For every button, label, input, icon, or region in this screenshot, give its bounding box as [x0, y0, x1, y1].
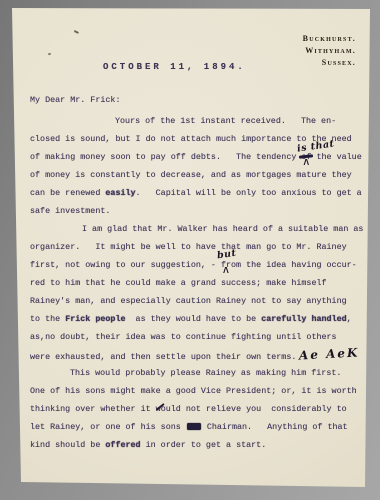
- handwritten-scribble: Ae AeK: [299, 347, 360, 361]
- letter-paper: Buckhurst. Withyham. Sussex. OCTOBER 11,…: [0, 0, 380, 500]
- overtyped-text: Frick people: [65, 314, 125, 324]
- typed-text: kind should be: [30, 440, 105, 450]
- typed-text: from the idea having occur-: [221, 260, 357, 270]
- letter-line-5: of money is constantly to decrease, and …: [30, 170, 352, 181]
- typed-text: Yours of the 1st instant received. The e…: [115, 116, 336, 126]
- overtyped-text: offered: [105, 440, 140, 450]
- letter-line-7: safe investment.: [30, 206, 110, 217]
- blacked-out-word: [187, 423, 201, 430]
- typed-text: thinking over whether it: [30, 404, 156, 414]
- typed-text: let Rainey, or one of his sons: [30, 422, 186, 432]
- typed-text: were exhausted, and then settle upon the…: [30, 352, 296, 362]
- typed-text: can be renewed: [30, 188, 105, 198]
- overtyped-text: carefully handled: [261, 314, 346, 324]
- letter-line-11: red to him that he could make a grand su…: [30, 278, 327, 289]
- typed-text: organizer. It might be well to have that…: [30, 242, 347, 252]
- handwritten-correction: from the idea having occur-but^: [221, 260, 357, 270]
- letter-line-12: Rainey's man, and especially caution Rai…: [30, 296, 347, 307]
- typed-text: the value: [311, 152, 361, 162]
- letter-line-4: of making money soon to pay off debts. T…: [30, 152, 362, 163]
- typed-text: I am glad that Mr. Walker has heard of a…: [82, 224, 363, 234]
- letter-line-14: as,no doubt, their idea was to continue …: [30, 332, 337, 343]
- letter-line-10: first, not owing to our suggestion, - fr…: [30, 260, 357, 271]
- letter-line-9: organizer. It might be well to have that…: [30, 242, 347, 253]
- letterhead-line: Withyham.: [303, 45, 356, 57]
- letterhead-line: Buckhurst.: [303, 33, 356, 45]
- typed-text: as,no doubt, their idea was to continue …: [30, 332, 337, 342]
- letter-line-17: One of his sons might make a good Vice P…: [30, 386, 357, 397]
- letter-line-20: kind should be offered in order to get a…: [30, 440, 266, 451]
- typed-text: My Dear Mr. Frick:: [30, 95, 120, 105]
- letterhead-line: Sussex.: [303, 57, 356, 69]
- typed-text: to the: [30, 314, 65, 324]
- letter-line-15: were exhausted, and then settle upon the…: [30, 350, 360, 363]
- typed-text: Chairman. Anything of that: [202, 422, 348, 432]
- letter-line-1: My Dear Mr. Frick:: [30, 95, 120, 106]
- date-line: OCTOBER 11, 1894.: [103, 62, 246, 72]
- letter-line-16: This would probably please Rainey as mak…: [70, 368, 341, 379]
- typed-text: of money is constantly to decrease, and …: [30, 170, 352, 180]
- typed-text: ,: [347, 314, 352, 324]
- scan-background: Buckhurst. Withyham. Sussex. OCTOBER 11,…: [0, 0, 380, 500]
- handwritten-correction: ofis that^: [301, 152, 311, 162]
- paper-speck: [48, 53, 51, 56]
- typed-text: safe investment.: [30, 206, 110, 216]
- typed-text: in order to get a start.: [141, 440, 267, 450]
- letter-line-8: I am glad that Mr. Walker has heard of a…: [82, 224, 363, 235]
- slashed-letter: w: [156, 404, 161, 414]
- typed-text: This would probably please Rainey as mak…: [70, 368, 341, 378]
- typed-text: One of his sons might make a good Vice P…: [30, 386, 357, 396]
- typed-text: as they would have to be: [126, 314, 262, 324]
- typed-text: . Capital will be only too anxious to ge…: [136, 188, 362, 198]
- letter-line-19: let Rainey, or one of his sons Chairman.…: [30, 422, 348, 433]
- typed-text: first, not owing to our suggestion, -: [30, 260, 221, 270]
- letterhead: Buckhurst. Withyham. Sussex.: [303, 33, 356, 69]
- typed-text: ould not relieve you considerably to: [161, 404, 347, 414]
- paper-speck: [74, 30, 79, 33]
- overtyped-text: easily: [105, 188, 135, 198]
- letter-line-13: to the Frick people as they would have t…: [30, 314, 352, 325]
- typed-text: red to him that he could make a grand su…: [30, 278, 327, 288]
- letter-line-2: Yours of the 1st instant received. The e…: [115, 116, 336, 127]
- typed-text: Rainey's man, and especially caution Rai…: [30, 296, 347, 306]
- typed-text: of making money soon to pay off debts. T…: [30, 152, 301, 162]
- letter-line-6: can be renewed easily. Capital will be o…: [30, 188, 362, 199]
- letter-line-18: thinking over whether it would not relie…: [30, 404, 347, 415]
